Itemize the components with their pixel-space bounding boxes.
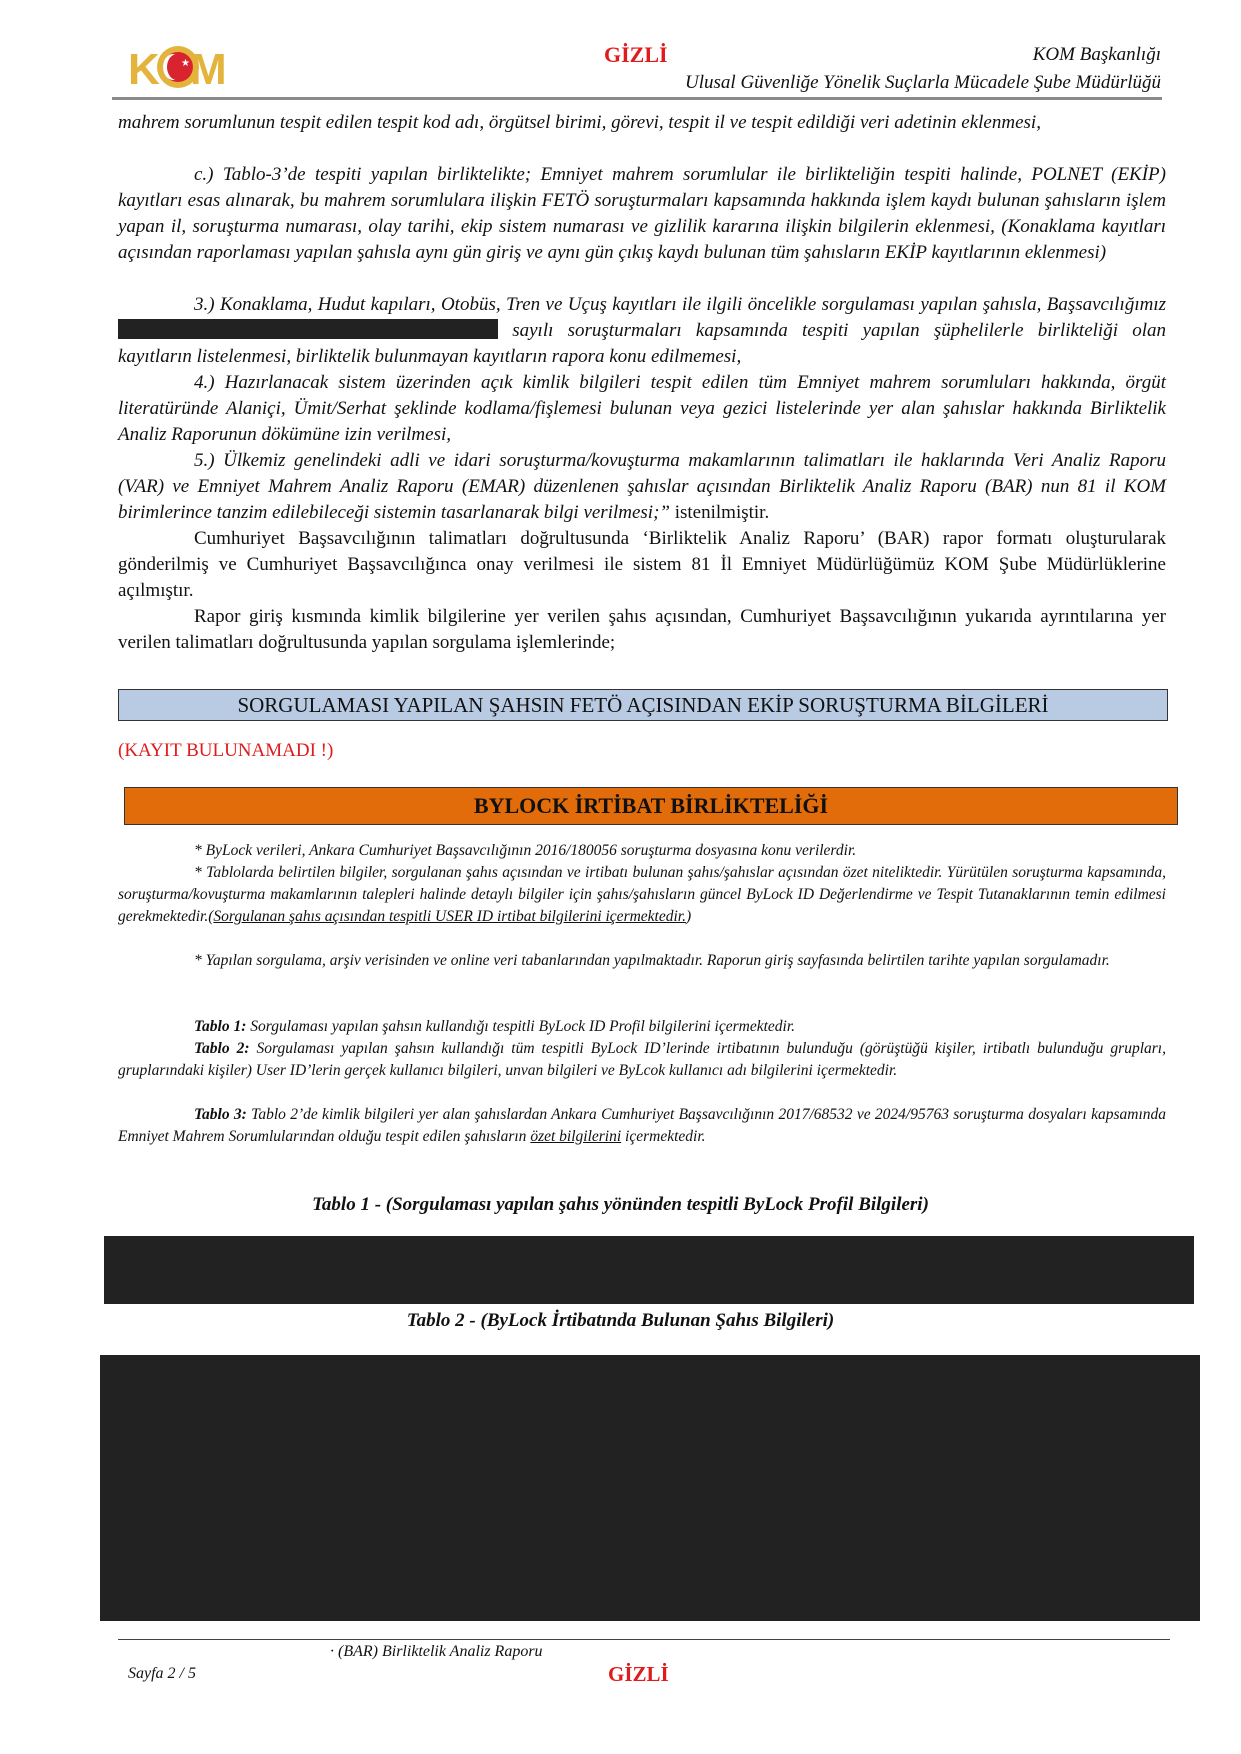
paragraph-5-text: 5.) Ülkemiz genelindeki adli ve idari so… <box>118 450 1166 523</box>
note-query-source: * Yapılan sorgulama, arşiv verisinden ve… <box>118 950 1166 972</box>
tablo1-text: Sorgulaması yapılan şahsın kullandığı te… <box>246 1018 795 1035</box>
no-record-notice: (KAYIT BULUNAMADI !) <box>118 740 333 762</box>
paragraph-3-start: 3.) Konaklama, Hudut kapıları, Otobüs, T… <box>194 294 1166 315</box>
tablo3-tail: içermektedir. <box>621 1128 705 1145</box>
footer-divider <box>118 1639 1170 1640</box>
tablo1-redacted-table <box>104 1236 1194 1304</box>
note-summary-tail: ) <box>686 908 691 925</box>
tablo2-redacted-table <box>100 1355 1200 1621</box>
paragraph-cumhuriyet: Cumhuriyet Başsavcılığının talimatları d… <box>118 526 1166 604</box>
tablo2-description: Tablo 2: Sorgulaması yapılan şahsın kull… <box>118 1038 1166 1082</box>
paragraph-5: 5.) Ülkemiz genelindeki adli ve idari so… <box>118 448 1166 526</box>
paragraph-3: 3.) Konaklama, Hudut kapıları, Otobüs, T… <box>118 292 1166 370</box>
note-summary: * Tablolarda belirtilen bilgiler, sorgul… <box>118 862 1166 928</box>
bylock-section-header: BYLOCK İRTİBAT BİRLİKTELİĞİ <box>124 787 1178 825</box>
header-classification: GİZLİ <box>604 42 668 68</box>
header-org-line2: Ulusal Güvenliğe Yönelik Suçlarla Mücade… <box>685 72 1161 94</box>
tablo3-underlined: özet bilgilerini <box>530 1128 621 1145</box>
paragraph-continuation: mahrem sorumlunun tespit edilen tespit k… <box>118 110 1166 136</box>
paragraph-c: c.) Tablo-3’de tespiti yapılan birliktel… <box>118 162 1166 266</box>
tablo2-text: Sorgulaması yapılan şahsın kullandığı tü… <box>118 1040 1166 1079</box>
logo-letter-m: M <box>190 48 225 92</box>
header-divider <box>112 97 1162 100</box>
tablo1-caption: Tablo 1 - (Sorgulaması yapılan şahıs yön… <box>0 1194 1241 1216</box>
tablo1-description: Tablo 1: Sorgulaması yapılan şahsın kull… <box>118 1016 1166 1038</box>
redacted-case-number <box>118 319 498 339</box>
ekip-section-header: SORGULAMASI YAPILAN ŞAHSIN FETÖ AÇISINDA… <box>118 689 1168 721</box>
paragraph-5-tail: istenilmiştir. <box>670 502 769 523</box>
tablo3-label: Tablo 3: <box>194 1106 247 1123</box>
note-bylock-source: * ByLock verileri, Ankara Cumhuriyet Baş… <box>118 840 1166 862</box>
footer-page-number: Sayfa 2 / 5 <box>128 1665 196 1683</box>
kom-logo: K ★ M <box>128 46 234 96</box>
footer-classification: GİZLİ <box>608 1662 669 1687</box>
tablo3-description: Tablo 3: Tablo 2’de kimlik bilgileri yer… <box>118 1104 1166 1148</box>
header-org-line1: KOM Başkanlığı <box>1033 44 1161 66</box>
paragraph-rapor: Rapor giriş kısmında kimlik bilgilerine … <box>118 604 1166 656</box>
logo-letter-k: K <box>128 48 158 92</box>
tablo1-label: Tablo 1: <box>194 1018 246 1035</box>
paragraph-4: 4.) Hazırlanacak sistem üzerinden açık k… <box>118 370 1166 448</box>
tablo2-caption: Tablo 2 - (ByLock İrtibatında Bulunan Şa… <box>0 1310 1241 1332</box>
tablo2-label: Tablo 2: <box>194 1040 250 1057</box>
note-summary-underlined: Sorgulanan şahıs açısından tespitli USER… <box>213 908 686 925</box>
footer-report-title: · (BAR) Birliktelik Analiz Raporu <box>330 1643 543 1661</box>
